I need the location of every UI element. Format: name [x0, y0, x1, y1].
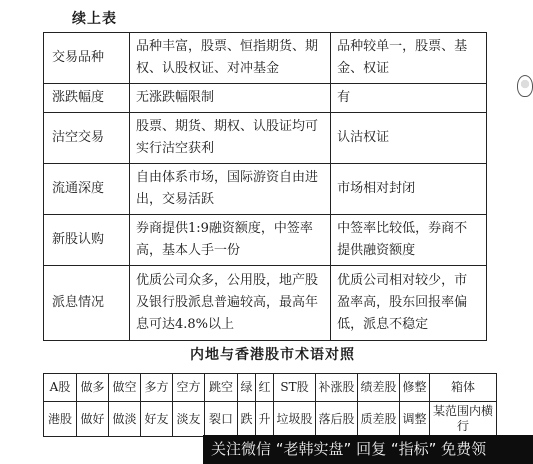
a-share-cell: 有 — [331, 84, 487, 113]
a-share-cell: 市场相对封闭 — [331, 164, 487, 215]
term-cell: 绿 — [238, 374, 256, 402]
term-cell: 做空 — [109, 374, 141, 402]
table-row: 新股认购 券商提供1:9融资额度，中签率高，基本人手一份 中签率比较低，券商不提… — [44, 215, 487, 266]
hk-terms-row: 港股 做好 做淡 好友 淡友 裂口 跌 升 垃圾股 落后股 质差股 调整 某范围… — [44, 402, 497, 437]
hk-cell: 无涨跌幅限制 — [129, 84, 330, 113]
hk-a-share-comparison-table: 交易品种 品种丰富，股票、恒指期货、期权、认股权证、对冲基金 品种较单一，股票、… — [43, 32, 487, 341]
term-cell: A股 — [44, 374, 77, 402]
terms-comparison-table: A股 做多 做空 多方 空方 跳空 绿 红 ST股 补涨股 绩差股 修整 箱体 … — [43, 373, 497, 437]
table-row: 沽空交易 股票、期货、期权、认股证均可实行沽空获利 认沽权证 — [44, 113, 487, 164]
table-row: 流通深度 自由体系市场，国际游资自由进出，交易活跃 市场相对封闭 — [44, 164, 487, 215]
term-cell: 垃圾股 — [274, 402, 316, 437]
row-label: 交易品种 — [44, 33, 130, 84]
term-cell: 质差股 — [358, 402, 400, 437]
term-cell: 好友 — [141, 402, 173, 437]
term-cell: 淡友 — [173, 402, 205, 437]
term-cell: 升 — [256, 402, 274, 437]
term-cell: 做淡 — [109, 402, 141, 437]
a-share-cell: 优质公司相对较少，市盈率高，股东回报率偏低，派息不稳定 — [331, 266, 487, 341]
term-cell: 落后股 — [316, 402, 358, 437]
term-cell: 港股 — [44, 402, 77, 437]
a-share-cell: 品种较单一，股票、基金、权证 — [331, 33, 487, 84]
term-cell: 调整 — [400, 402, 430, 437]
hk-cell: 品种丰富，股票、恒指期货、期权、认股权证、对冲基金 — [129, 33, 330, 84]
margin-stamp-icon — [517, 75, 533, 97]
hk-cell: 股票、期货、期权、认股证均可实行沽空获利 — [129, 113, 330, 164]
row-label: 流通深度 — [44, 164, 130, 215]
row-label: 涨跌幅度 — [44, 84, 130, 113]
table-row: 涨跌幅度 无涨跌幅限制 有 — [44, 84, 487, 113]
term-cell: 跌 — [238, 402, 256, 437]
term-cell: 某范围内横行 — [430, 402, 497, 437]
row-label: 沽空交易 — [44, 113, 130, 164]
row-label: 派息情况 — [44, 266, 130, 341]
term-cell: 裂口 — [205, 402, 238, 437]
term-cell: 空方 — [173, 374, 205, 402]
table-row: 派息情况 优质公司众多，公用股，地产股及银行股派息普遍较高，最高年息可达4.8%… — [44, 266, 487, 341]
a-share-terms-row: A股 做多 做空 多方 空方 跳空 绿 红 ST股 补涨股 绩差股 修整 箱体 — [44, 374, 497, 402]
term-cell: 做多 — [77, 374, 109, 402]
term-cell: ST股 — [274, 374, 316, 402]
term-cell: 跳空 — [205, 374, 238, 402]
term-cell: 红 — [256, 374, 274, 402]
term-cell: 做好 — [77, 402, 109, 437]
table-caption-continued: 续上表 — [72, 8, 117, 28]
terms-table-caption: 内地与香港股市术语对照 — [190, 344, 355, 364]
table-row: 交易品种 品种丰富，股票、恒指期货、期权、认股权证、对冲基金 品种较单一，股票、… — [44, 33, 487, 84]
term-cell: 补涨股 — [316, 374, 358, 402]
a-share-cell: 认沽权证 — [331, 113, 487, 164]
term-cell: 绩差股 — [358, 374, 400, 402]
hk-cell: 券商提供1:9融资额度，中签率高，基本人手一份 — [129, 215, 330, 266]
a-share-cell: 中签率比较低，券商不提供融资额度 — [331, 215, 487, 266]
hk-cell: 优质公司众多，公用股，地产股及银行股派息普遍较高，最高年息可达4.8%以上 — [129, 266, 330, 341]
watermark-banner: 关注微信 “老韩实盘” 回复 “指标” 免费领 — [203, 435, 533, 464]
row-label: 新股认购 — [44, 215, 130, 266]
hk-cell: 自由体系市场，国际游资自由进出，交易活跃 — [129, 164, 330, 215]
term-cell: 箱体 — [430, 374, 497, 402]
term-cell: 多方 — [141, 374, 173, 402]
term-cell: 修整 — [400, 374, 430, 402]
